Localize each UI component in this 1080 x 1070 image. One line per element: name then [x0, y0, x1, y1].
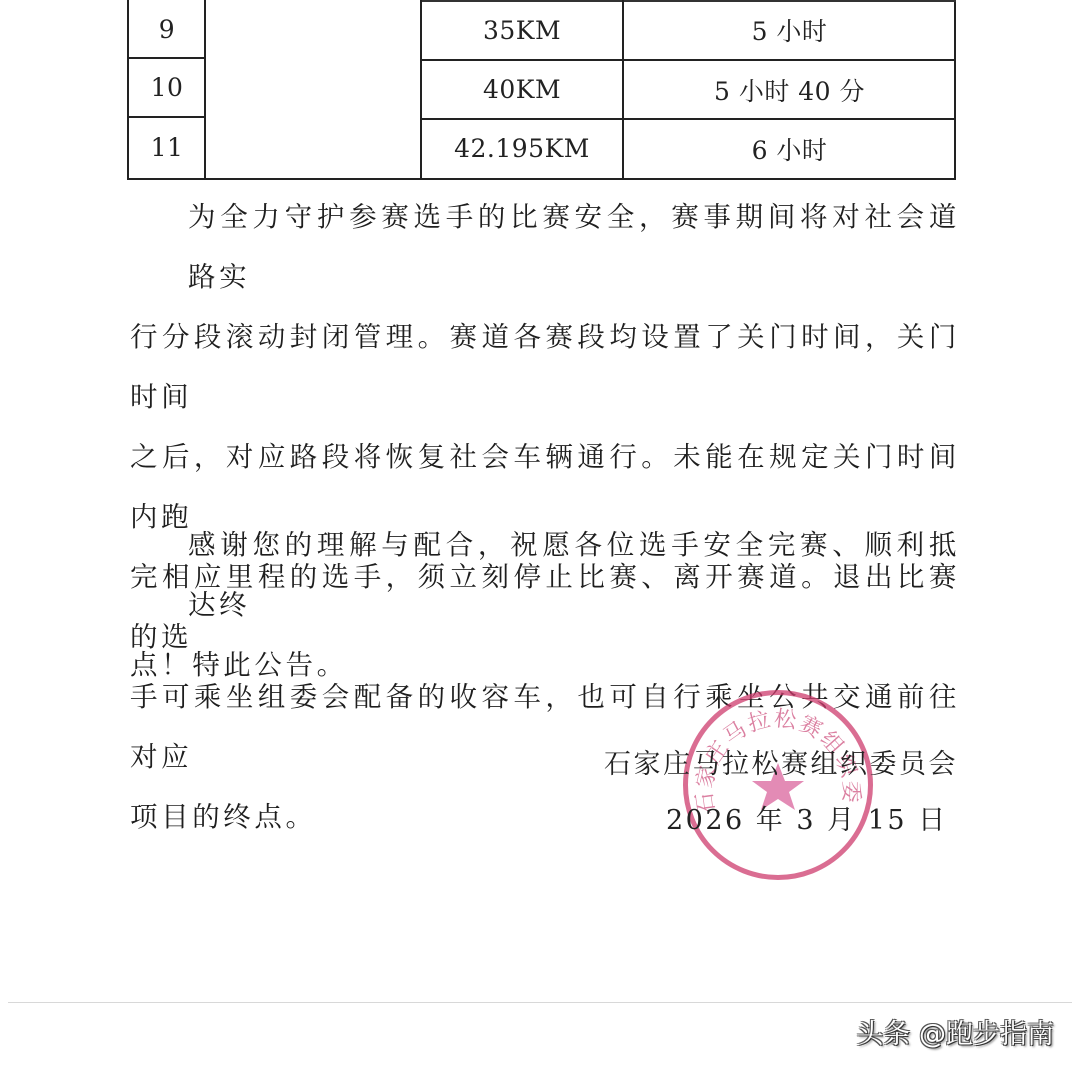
paragraph-line: 感谢您的理解与配合，祝愿各位选手安全完赛、顺利抵达终 — [130, 515, 960, 635]
table-cell-index: 11 — [129, 117, 205, 178]
table-cell-cutoff: 6 小时 — [623, 119, 956, 178]
table-cell-distance: 40KM — [421, 60, 623, 119]
table-cell-index: 9 — [129, 0, 205, 58]
table-cell-distance: 35KM — [421, 0, 623, 60]
source-watermark: 头条 @跑步指南 — [856, 1012, 1054, 1051]
star-icon: 石家庄马拉松赛组织委员会 — [688, 695, 868, 875]
page-edge-divider — [8, 1002, 1072, 1003]
table-cell-cutoff: 5 小时 40 分 — [623, 60, 956, 119]
signature-date: 2026 年 3 月 15 日 — [666, 798, 948, 837]
paragraph-line: 行分段滚动封闭管理。赛道各赛段均设置了关门时间，关门时间 — [130, 307, 960, 427]
table-cell-cutoff: 5 小时 — [623, 0, 956, 60]
paragraph-line: 点！特此公告。 — [130, 635, 960, 695]
notice-paragraph-thanks: 感谢您的理解与配合，祝愿各位选手安全完赛、顺利抵达终 点！特此公告。 — [130, 515, 960, 695]
cutoff-time-table: 9 35KM 5 小时 10 40KM 5 小时 40 分 11 42.195K… — [127, 0, 956, 180]
official-seal: 石家庄马拉松赛组织委员会 — [683, 690, 873, 880]
paragraph-line: 为全力守护参赛选手的比赛安全，赛事期间将对社会道路实 — [130, 187, 960, 307]
table-cell-distance: 42.195KM — [421, 119, 623, 178]
signature-organization: 石家庄马拉松赛组织委员会 — [604, 742, 958, 781]
table-cell-index: 10 — [129, 58, 205, 117]
